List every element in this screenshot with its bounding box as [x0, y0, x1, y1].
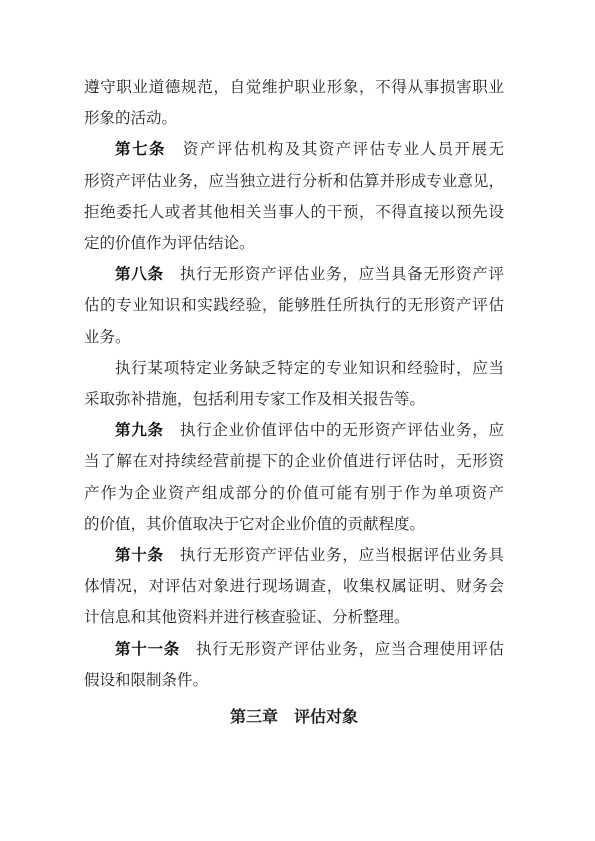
text-line: 第十条 执行无形资产评估业务，应当根据评估业务具 [84, 540, 504, 571]
text-line: 的价值，其价值取决于它对企业价值的贡献程度。 [84, 509, 504, 540]
article-number: 第十条 [115, 547, 164, 564]
article-number: 第九条 [115, 422, 164, 439]
paragraph: 遵守职业道德规范，自觉维护职业形象，不得从事损害职业形象的活动。 [84, 72, 504, 134]
text-line: 定的价值作为评估结论。 [84, 228, 504, 259]
text-line: 第八条 执行无形资产评估业务，应当具备无形资产评 [84, 259, 504, 290]
text-line: 计信息和其他资料并进行核查验证、分析整理。 [84, 602, 504, 633]
text-line: 遵守职业道德规范，自觉维护职业形象，不得从事损害职业 [84, 72, 504, 103]
text-line: 产作为企业资产组成部分的价值可能有别于作为单项资产 [84, 478, 504, 509]
article-number: 第八条 [115, 266, 164, 283]
text-line: 执行某项特定业务缺乏特定的专业知识和经验时，应当 [84, 353, 504, 384]
text-line: 形象的活动。 [84, 103, 504, 134]
document-content: 遵守职业道德规范，自觉维护职业形象，不得从事损害职业形象的活动。第七条 资产评估… [84, 72, 504, 733]
article-number: 第十一条 [115, 641, 180, 658]
text-line: 形资产评估业务，应当独立进行分析和估算并形成专业意见， [84, 166, 504, 197]
paragraph: 执行某项特定业务缺乏特定的专业知识和经验时，应当采取弥补措施，包括利用专家工作及… [84, 353, 504, 415]
text-line: 拒绝委托人或者其他相关当事人的干预，不得直接以预先设 [84, 197, 504, 228]
paragraph: 第十条 执行无形资产评估业务，应当根据评估业务具体情况，对评估对象进行现场调查，… [84, 540, 504, 634]
paragraph: 第八条 执行无形资产评估业务，应当具备无形资产评估的专业知识和实践经验，能够胜任… [84, 259, 504, 353]
article-number: 第七条 [115, 141, 166, 158]
text-line: 第九条 执行企业价值评估中的无形资产评估业务，应 [84, 415, 504, 446]
text-line: 第十一条 执行无形资产评估业务，应当合理使用评估 [84, 634, 504, 665]
text-line: 采取弥补措施，包括利用专家工作及相关报告等。 [84, 384, 504, 415]
text-line: 估的专业知识和实践经验，能够胜任所执行的无形资产评估 [84, 290, 504, 321]
chapter-heading: 第三章 评估对象 [84, 702, 504, 733]
text-line: 假设和限制条件。 [84, 665, 504, 696]
paragraph: 第七条 资产评估机构及其资产评估专业人员开展无形资产评估业务，应当独立进行分析和… [84, 134, 504, 259]
document-page: 遵守职业道德规范，自觉维护职业形象，不得从事损害职业形象的活动。第七条 资产评估… [0, 0, 595, 841]
paragraph: 第十一条 执行无形资产评估业务，应当合理使用评估假设和限制条件。 [84, 634, 504, 696]
text-line: 当了解在对持续经营前提下的企业价值进行评估时，无形资 [84, 446, 504, 477]
text-line: 第七条 资产评估机构及其资产评估专业人员开展无 [84, 134, 504, 165]
paragraph: 第九条 执行企业价值评估中的无形资产评估业务，应当了解在对持续经营前提下的企业价… [84, 415, 504, 540]
text-line: 体情况，对评估对象进行现场调查，收集权属证明、财务会 [84, 571, 504, 602]
text-line: 业务。 [84, 322, 504, 353]
document-body: 遵守职业道德规范，自觉维护职业形象，不得从事损害职业形象的活动。第七条 资产评估… [84, 72, 504, 696]
